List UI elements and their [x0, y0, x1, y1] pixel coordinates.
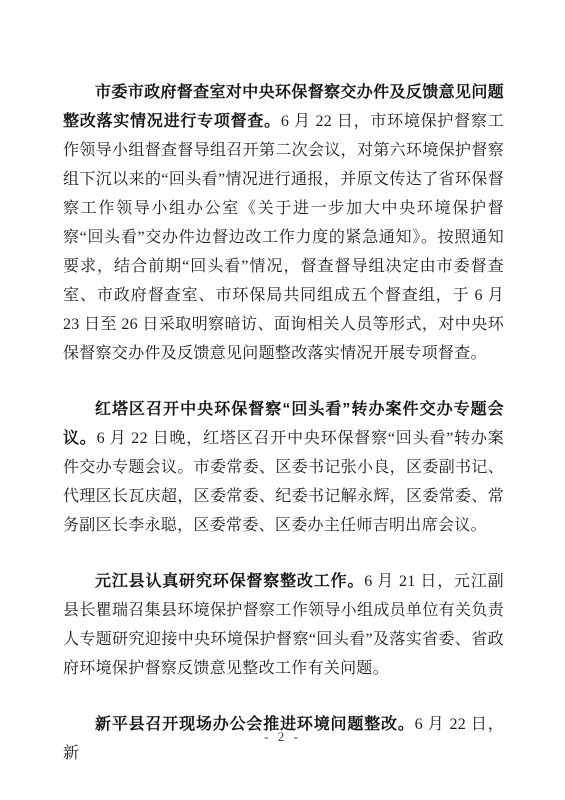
- paragraph: 市委市政府督查室对中央环保督察交办件及反馈意见问题整改落实情况进行专项督查。6 …: [63, 78, 504, 368]
- page-number: - 2 -: [0, 729, 565, 745]
- document-body: 市委市政府督查室对中央环保督察交办件及反馈意见问题整改落实情况进行专项督查。6 …: [63, 78, 504, 768]
- paragraph: 元江县认真研究环保督察整改工作。6 月 21 日，元江副县长瞿瑞召集县环境保护督…: [63, 567, 504, 683]
- paragraph-text: 6 月 22 日晚，红塔区召开中央环保督察“回头看”转办案件交办专题会议。市委常…: [63, 430, 504, 534]
- paragraph-lead: 元江县认真研究环保督察整改工作。: [95, 573, 364, 590]
- paragraph: 红塔区召开中央环保督察“回头看”转办案件交办专题会议。6 月 22 日晚，红塔区…: [63, 395, 504, 540]
- document-page: 市委市政府督查室对中央环保督察交办件及反馈意见问题整改落实情况进行专项督查。6 …: [0, 0, 565, 800]
- paragraph-text: 6 月 22 日，市环境保护督察工作领导小组督查督导组召开第二次会议，对第六环境…: [63, 113, 504, 362]
